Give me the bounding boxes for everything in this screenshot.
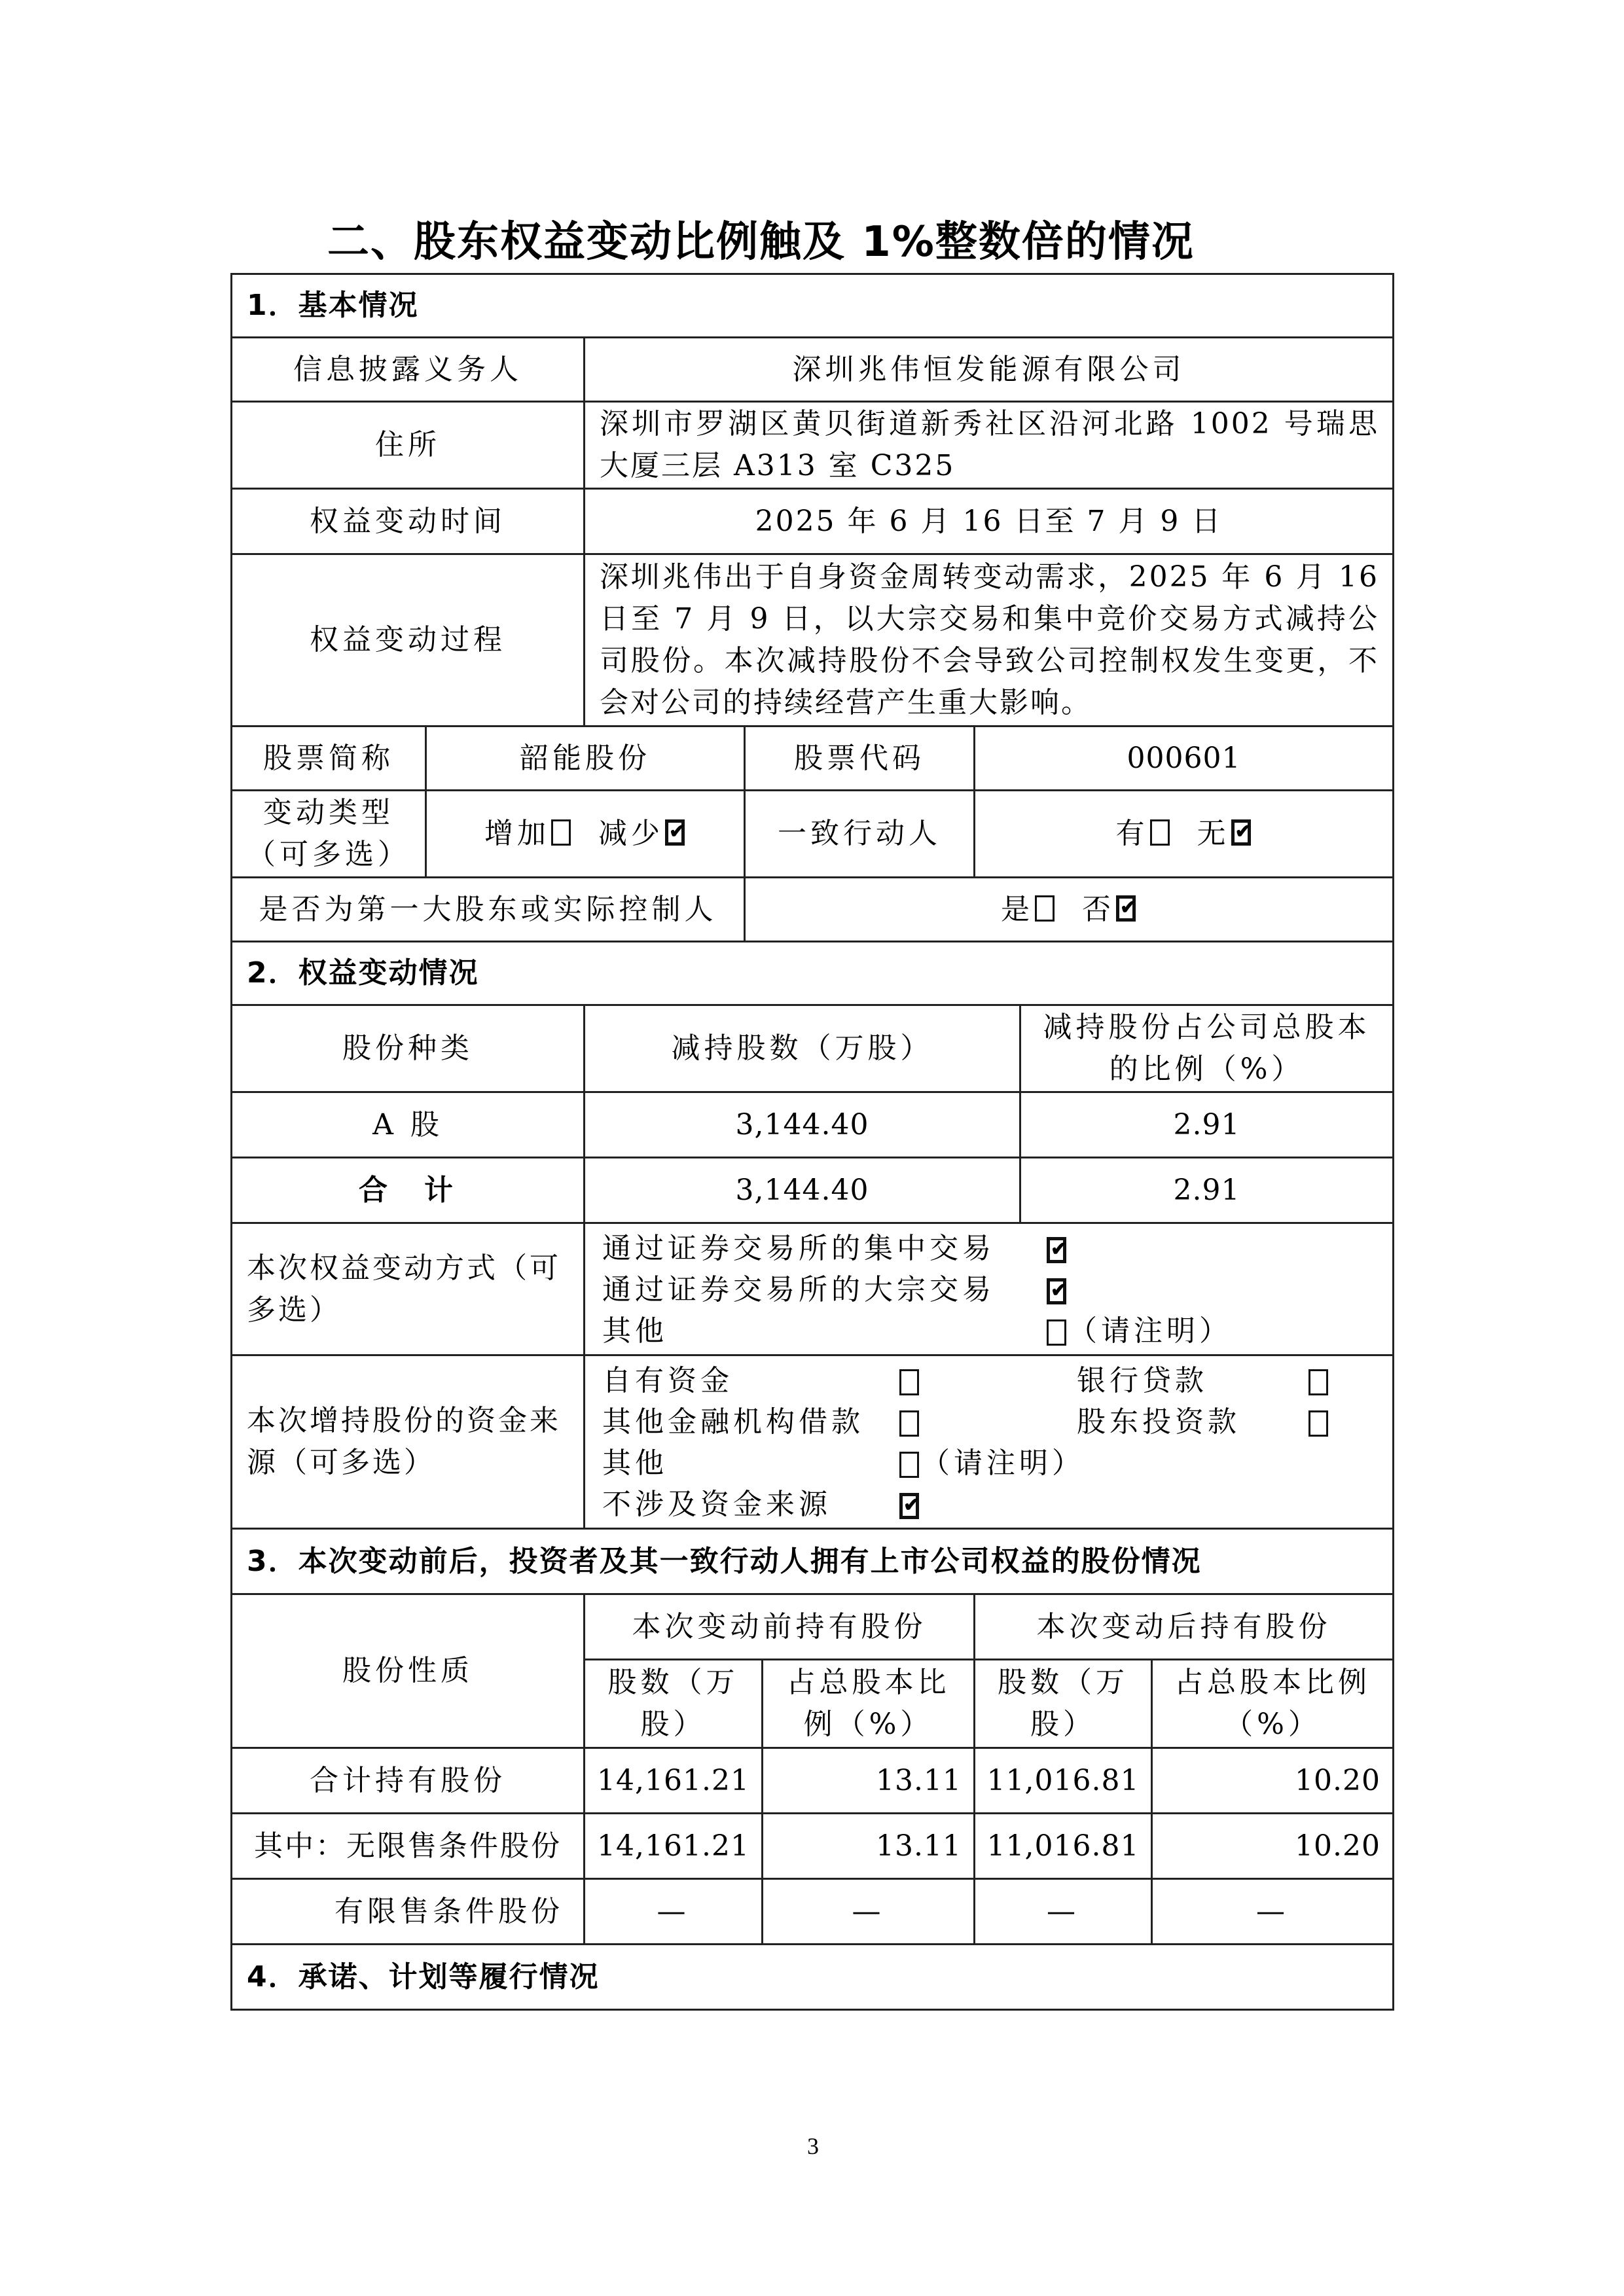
address-label: 住所: [375, 424, 441, 466]
funding-shareholder-checkbox[interactable]: [1308, 1410, 1328, 1437]
stock-code-value: 000601: [1127, 738, 1241, 780]
s3-row-restricted-before-ratio: —: [761, 1878, 975, 1945]
funding-label: 本次增持股份的资金来源（可多选）: [247, 1400, 570, 1484]
process-value: 深圳兆伟出于自身资金周转变动需求，2025 年 6 月 16 日至 7 月 9 …: [600, 556, 1379, 724]
s3-before-ratio-label: 占总股本比例（%）: [775, 1662, 962, 1746]
largest-holder-yes-checkbox[interactable]: [1035, 895, 1055, 922]
s3-row-total-before-ratio-text: 13.11: [876, 1760, 962, 1802]
discloser-value: 深圳兆伟恒发能源有限公司: [793, 349, 1185, 391]
s3-row-unrestricted-before-ratio: 13.11: [761, 1812, 975, 1880]
largest-holder-yes-label: 是: [1001, 893, 1034, 926]
change-type-decrease[interactable]: 减少: [598, 813, 686, 855]
largest-holder-no[interactable]: 否: [1082, 889, 1137, 931]
concert-no-checkbox[interactable]: [1231, 819, 1251, 846]
change-type-label-cell: 变动类型（可多选）: [230, 789, 427, 878]
funding-other-fi[interactable]: 其他金融机构借款: [602, 1401, 864, 1443]
method-block-label: 通过证券交易所的大宗交易: [602, 1273, 995, 1306]
funding-bank-checkbox[interactable]: [1308, 1369, 1328, 1395]
largest-holder-no-label: 否: [1082, 893, 1115, 926]
funding-none-label: 不涉及资金来源: [602, 1488, 831, 1521]
s3-before-shares-label: 股数（万股）: [605, 1662, 742, 1746]
s2-col-ratio-header: 减持股份占公司总股本的比例（%）: [1019, 1004, 1394, 1093]
time-label: 权益变动时间: [310, 501, 506, 543]
s3-before-ratio-header: 占总股本比例（%）: [761, 1659, 975, 1749]
method-other-note: （请注明）: [1068, 1310, 1232, 1352]
concert-yes-checkbox[interactable]: [1150, 819, 1170, 846]
method-block-checkbox[interactable]: [1047, 1278, 1066, 1304]
section-4-heading-text: 4．承诺、计划等履行情况: [247, 1956, 600, 1998]
s3-before-header: 本次变动前持有股份: [583, 1593, 975, 1660]
funding-other[interactable]: 其他: [602, 1443, 668, 1484]
funding-own-checkbox[interactable]: [899, 1369, 919, 1395]
funding-bank[interactable]: 银行贷款: [1077, 1360, 1208, 1402]
section-4-heading: 4．承诺、计划等履行情况: [230, 1943, 1394, 2011]
s3-after-shares-header: 股数（万股）: [973, 1659, 1153, 1749]
concert-yes[interactable]: 有: [1116, 813, 1171, 855]
discloser-value-cell: 深圳兆伟恒发能源有限公司: [583, 336, 1394, 403]
largest-holder-no-checkbox[interactable]: [1116, 895, 1136, 922]
address-label-cell: 住所: [230, 401, 585, 490]
largest-holder-options-cell: 是 否: [744, 876, 1394, 942]
s3-row-total-after-ratio-text: 10.20: [1295, 1760, 1380, 1802]
funding-own-label: 自有资金: [602, 1364, 733, 1397]
funding-other-fi-checkbox[interactable]: [899, 1410, 919, 1437]
s2-row-a-ratio: 2.91: [1019, 1091, 1394, 1158]
change-type-options-cell: 增加 减少: [425, 789, 746, 878]
change-type-increase[interactable]: 增加: [484, 813, 572, 855]
s3-row-unrestricted-before-shares-text: 14,161.21: [597, 1825, 749, 1867]
method-centralized-label: 通过证券交易所的集中交易: [602, 1232, 995, 1265]
s3-after-shares-label: 股数（万股）: [995, 1662, 1131, 1746]
address-value: 深圳市罗湖区黄贝街道新秀社区沿河北路 1002 号瑞思大厦三层 A313 室 C…: [600, 403, 1379, 487]
stock-code-label: 股票代码: [794, 738, 925, 780]
method-centralized-checkbox[interactable]: [1047, 1237, 1066, 1263]
process-label: 权益变动过程: [310, 619, 506, 661]
s3-row-restricted-after-ratio-text: —: [1256, 1891, 1289, 1933]
method-other-label: 其他: [602, 1314, 668, 1348]
s3-row-unrestricted-after-shares-text: 11,016.81: [987, 1825, 1140, 1867]
s3-row-total-before-shares-text: 14,161.21: [597, 1760, 749, 1802]
time-label-cell: 权益变动时间: [230, 488, 585, 555]
funding-other-label: 其他: [602, 1446, 668, 1480]
funding-options: 自有资金 银行贷款 其他金融机构借款 股东投资款 其他 （请注明） 不涉及资金来…: [602, 1360, 1388, 1527]
s2-row-total-ratio: 2.91: [1019, 1157, 1394, 1224]
funding-bank-label: 银行贷款: [1077, 1364, 1208, 1397]
s3-row-unrestricted-nature: 其中：无限售条件股份: [230, 1812, 585, 1880]
stock-code-value-cell: 000601: [973, 725, 1394, 791]
stock-abbr-label: 股票简称: [263, 738, 394, 780]
s2-row-total-type: 合 计: [230, 1157, 585, 1224]
stock-abbr-value: 韶能股份: [520, 738, 651, 780]
s3-row-unrestricted-after-ratio-text: 10.20: [1295, 1825, 1380, 1867]
funding-other-fi-label: 其他金融机构借款: [602, 1405, 864, 1439]
funding-label-cell: 本次增持股份的资金来源（可多选）: [230, 1354, 585, 1530]
funding-none[interactable]: 不涉及资金来源: [602, 1484, 831, 1526]
s2-row-total-shares-text: 3,144.40: [736, 1170, 869, 1211]
s3-row-restricted-after-ratio: —: [1151, 1878, 1394, 1945]
section-3-heading-text: 3．本次变动前后，投资者及其一致行动人拥有上市公司权益的股份情况: [247, 1541, 1202, 1583]
funding-own[interactable]: 自有资金: [602, 1360, 733, 1402]
method-label: 本次权益变动方式（可多选）: [247, 1247, 570, 1331]
process-value-cell: 深圳兆伟出于自身资金周转变动需求，2025 年 6 月 16 日至 7 月 9 …: [583, 553, 1394, 727]
largest-holder-label-cell: 是否为第一大股东或实际控制人: [230, 876, 746, 942]
process-label-cell: 权益变动过程: [230, 553, 585, 727]
s3-row-unrestricted-after-ratio: 10.20: [1151, 1812, 1394, 1880]
decrease-label: 减少: [598, 817, 664, 850]
section-3-heading: 3．本次变动前后，投资者及其一致行动人拥有上市公司权益的股份情况: [230, 1528, 1394, 1595]
s2-row-total-ratio-text: 2.91: [1174, 1170, 1240, 1211]
s3-row-total-after-shares: 11,016.81: [973, 1747, 1153, 1814]
address-value-cell: 深圳市罗湖区黄贝街道新秀社区沿河北路 1002 号瑞思大厦三层 A313 室 C…: [583, 401, 1394, 490]
concert-label: 一致行动人: [778, 813, 941, 855]
stock-code-label-cell: 股票代码: [744, 725, 975, 791]
concert-yes-label: 有: [1116, 817, 1149, 850]
section-1-heading: 1．基本情况: [230, 273, 1394, 338]
s3-after-ratio-label: 占总股本比例（%）: [1166, 1662, 1379, 1746]
s3-row-total-before-shares: 14,161.21: [583, 1747, 763, 1814]
s2-row-total-type-text: 合 计: [359, 1170, 457, 1211]
s3-after-label: 本次变动后持有股份: [1037, 1606, 1331, 1648]
s3-row-total-before-ratio: 13.11: [761, 1747, 975, 1814]
s3-row-restricted-nature-text: 有限售条件股份: [334, 1891, 564, 1933]
concert-no[interactable]: 无: [1197, 813, 1252, 855]
s3-row-total-nature: 合计持有股份: [230, 1747, 585, 1814]
discloser-label: 信息披露义务人: [293, 349, 522, 391]
s2-col-shares-header: 减持股数（万股）: [583, 1004, 1021, 1093]
s2-col-type-header: 股份种类: [230, 1004, 585, 1093]
s3-row-total-after-ratio: 10.20: [1151, 1747, 1394, 1814]
s2-col-ratio-label: 减持股份占公司总股本的比例（%）: [1037, 1007, 1377, 1090]
s3-before-label: 本次变动前持有股份: [632, 1606, 927, 1648]
s3-before-shares-header: 股数（万股）: [583, 1659, 763, 1749]
concert-no-label: 无: [1197, 817, 1230, 850]
s3-row-restricted-before-shares-text: —: [657, 1891, 690, 1933]
method-option-block[interactable]: 通过证券交易所的大宗交易: [602, 1269, 995, 1311]
s3-row-unrestricted-nature-text: 其中：无限售条件股份: [254, 1825, 562, 1867]
page-title: 二、股东权益变动比例触及 1%整数倍的情况: [327, 208, 1195, 268]
method-option-other[interactable]: 其他: [602, 1310, 668, 1352]
section-2-heading-text: 2．权益变动情况: [247, 952, 479, 994]
s2-row-a-shares-text: 3,144.40: [736, 1104, 869, 1146]
funding-shareholder-label: 股东投资款: [1077, 1405, 1240, 1439]
stock-abbr-label-cell: 股票简称: [230, 725, 427, 791]
funding-other-checkbox[interactable]: [899, 1452, 919, 1478]
concert-options-cell: 有 无: [973, 789, 1394, 878]
time-value: 2025 年 6 月 16 日至 7 月 9 日: [755, 501, 1223, 543]
funding-other-note: （请注明）: [921, 1443, 1085, 1484]
funding-none-checkbox[interactable]: [899, 1493, 919, 1519]
s3-row-restricted-before-ratio-text: —: [852, 1891, 885, 1933]
change-type-label: 变动类型（可多选）: [245, 792, 412, 876]
page-number: 3: [807, 2132, 819, 2160]
stock-abbr-value-cell: 韶能股份: [425, 725, 746, 791]
largest-holder-yes[interactable]: 是: [1001, 889, 1056, 931]
s3-row-total-after-shares-text: 11,016.81: [987, 1760, 1140, 1802]
s3-row-restricted-before-shares: —: [583, 1878, 763, 1945]
s2-row-a-type-text: A 股: [372, 1104, 443, 1146]
section-1-heading-text: 1．基本情况: [247, 285, 419, 327]
discloser-label-cell: 信息披露义务人: [230, 336, 585, 403]
s3-after-header: 本次变动后持有股份: [973, 1593, 1394, 1660]
s3-row-restricted-after-shares: —: [973, 1878, 1153, 1945]
s2-col-shares-label: 减持股数（万股）: [672, 1028, 933, 1069]
section-2-heading: 2．权益变动情况: [230, 941, 1394, 1006]
s3-after-ratio-header: 占总股本比例（%）: [1151, 1659, 1394, 1749]
s3-row-total-nature-text: 合计持有股份: [310, 1760, 506, 1802]
method-other-checkbox[interactable]: [1047, 1319, 1066, 1346]
s2-row-a-shares: 3,144.40: [583, 1091, 1021, 1158]
s3-row-unrestricted-before-ratio-text: 13.11: [876, 1825, 962, 1867]
time-value-cell: 2025 年 6 月 16 日至 7 月 9 日: [583, 488, 1394, 555]
s3-nature-label: 股份性质: [342, 1650, 473, 1692]
s2-row-total-shares: 3,144.40: [583, 1157, 1021, 1224]
method-option-centralized[interactable]: 通过证券交易所的集中交易: [602, 1228, 995, 1270]
s3-row-unrestricted-before-shares: 14,161.21: [583, 1812, 763, 1880]
funding-shareholder[interactable]: 股东投资款: [1077, 1401, 1240, 1443]
s2-row-a-type: A 股: [230, 1091, 585, 1158]
s2-row-a-ratio-text: 2.91: [1174, 1104, 1240, 1146]
largest-holder-label: 是否为第一大股东或实际控制人: [259, 889, 717, 931]
s3-row-restricted-after-shares-text: —: [1047, 1891, 1079, 1933]
concert-label-cell: 一致行动人: [744, 789, 975, 878]
s2-col-type-label: 股份种类: [342, 1028, 473, 1069]
s3-row-unrestricted-after-shares: 11,016.81: [973, 1812, 1153, 1880]
method-options: 通过证券交易所的集中交易 通过证券交易所的大宗交易 其他 （请注明）: [602, 1228, 1388, 1352]
increase-checkbox[interactable]: [551, 819, 571, 846]
method-label-cell: 本次权益变动方式（可多选）: [230, 1222, 585, 1356]
s3-row-restricted-nature: 有限售条件股份: [230, 1878, 585, 1945]
decrease-checkbox[interactable]: [665, 819, 685, 846]
increase-label: 增加: [484, 817, 550, 850]
s3-nature-header: 股份性质: [230, 1593, 585, 1749]
